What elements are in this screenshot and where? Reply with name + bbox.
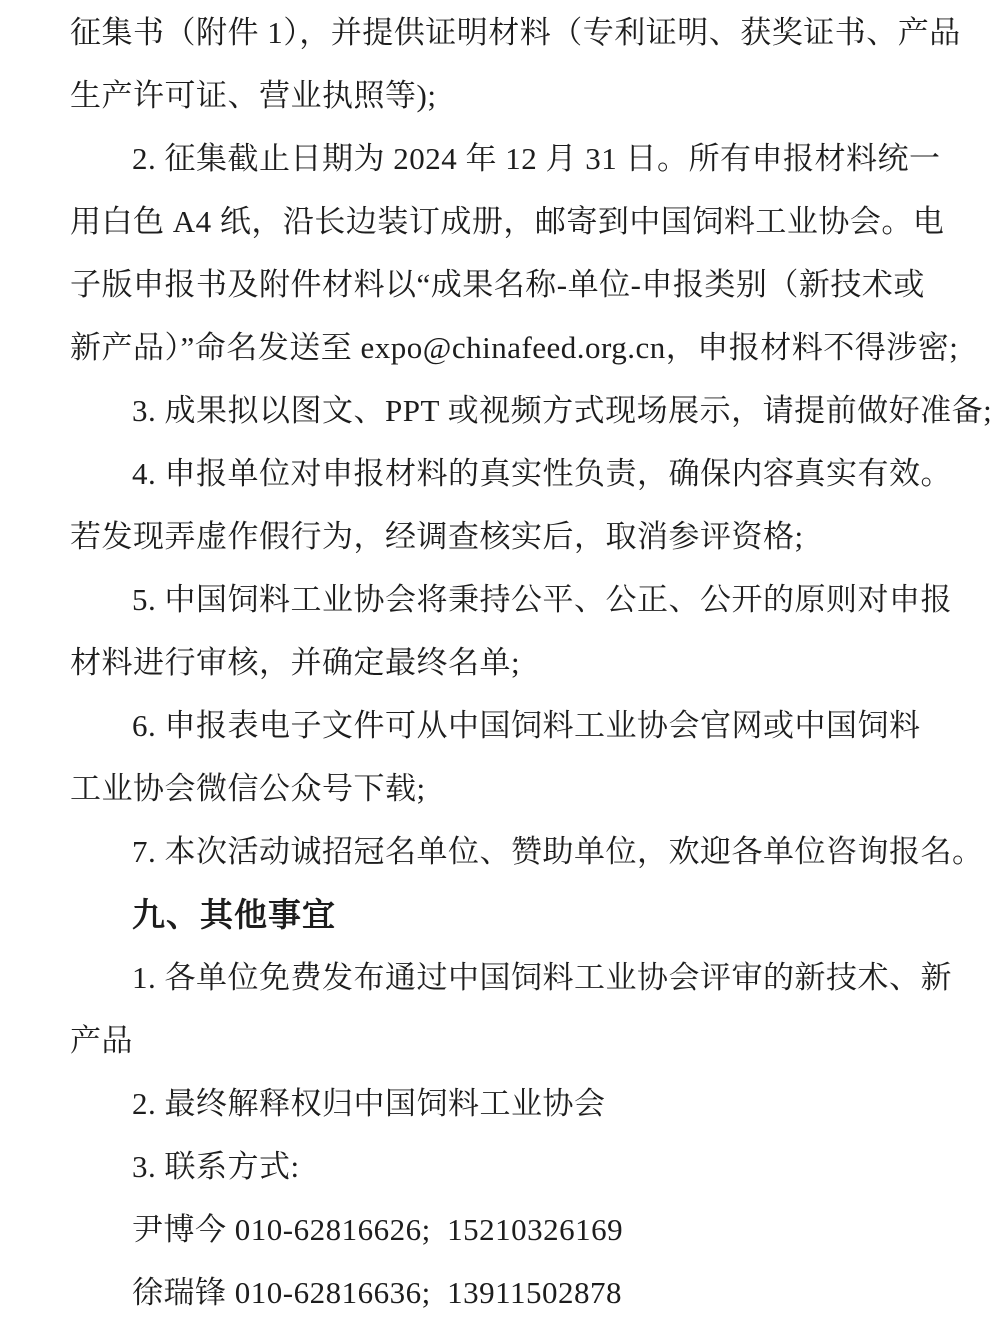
text-line: 新产品）”命名发送至 expo@chinafeed.org.cn，申报材料不得涉… bbox=[70, 316, 940, 379]
text-line: 4. 申报单位对申报材料的真实性负责，确保内容真实有效。 bbox=[70, 442, 940, 505]
text-line: 7. 本次活动诚招冠名单位、赞助单位，欢迎各单位咨询报名。 bbox=[70, 820, 940, 883]
document-page: 征集书（附件 1），并提供证明材料（专利证明、获奖证书、产品生产许可证、营业执照… bbox=[0, 0, 1000, 1326]
text-line: 徐瑞锋 010-62816636; 13911502878 bbox=[70, 1261, 940, 1324]
text-line: 1. 各单位免费发布通过中国饲料工业协会评审的新技术、新 bbox=[70, 946, 940, 1009]
text-line: 用白色 A4 纸，沿长边装订成册，邮寄到中国饲料工业协会。电 bbox=[70, 190, 940, 253]
text-line: 2. 最终解释权归中国饲料工业协会 bbox=[70, 1072, 940, 1135]
text-line: 5. 中国饲料工业协会将秉持公平、公正、公开的原则对申报 bbox=[70, 568, 940, 631]
text-line: 材料进行审核，并确定最终名单; bbox=[70, 631, 940, 694]
text-line: 3. 成果拟以图文、PPT 或视频方式现场展示，请提前做好准备; bbox=[70, 379, 940, 442]
text-line: 征集书（附件 1），并提供证明材料（专利证明、获奖证书、产品 bbox=[70, 1, 940, 64]
document-body: 征集书（附件 1），并提供证明材料（专利证明、获奖证书、产品生产许可证、营业执照… bbox=[70, 1, 940, 1324]
section-heading: 九、其他事宜 bbox=[70, 883, 940, 946]
text-line: 生产许可证、营业执照等); bbox=[70, 64, 940, 127]
text-line: 尹博今 010-62816626; 15210326169 bbox=[70, 1198, 940, 1261]
text-line: 若发现弄虚作假行为，经调查核实后，取消参评资格; bbox=[70, 505, 940, 568]
text-line: 产品 bbox=[70, 1009, 940, 1072]
text-line: 6. 申报表电子文件可从中国饲料工业协会官网或中国饲料 bbox=[70, 694, 940, 757]
text-line: 工业协会微信公众号下载; bbox=[70, 757, 940, 820]
text-line: 子版申报书及附件材料以“成果名称-单位-申报类别（新技术或 bbox=[70, 253, 940, 316]
text-line: 3. 联系方式: bbox=[70, 1135, 940, 1198]
text-line: 2. 征集截止日期为 2024 年 12 月 31 日。所有申报材料统一 bbox=[70, 127, 940, 190]
